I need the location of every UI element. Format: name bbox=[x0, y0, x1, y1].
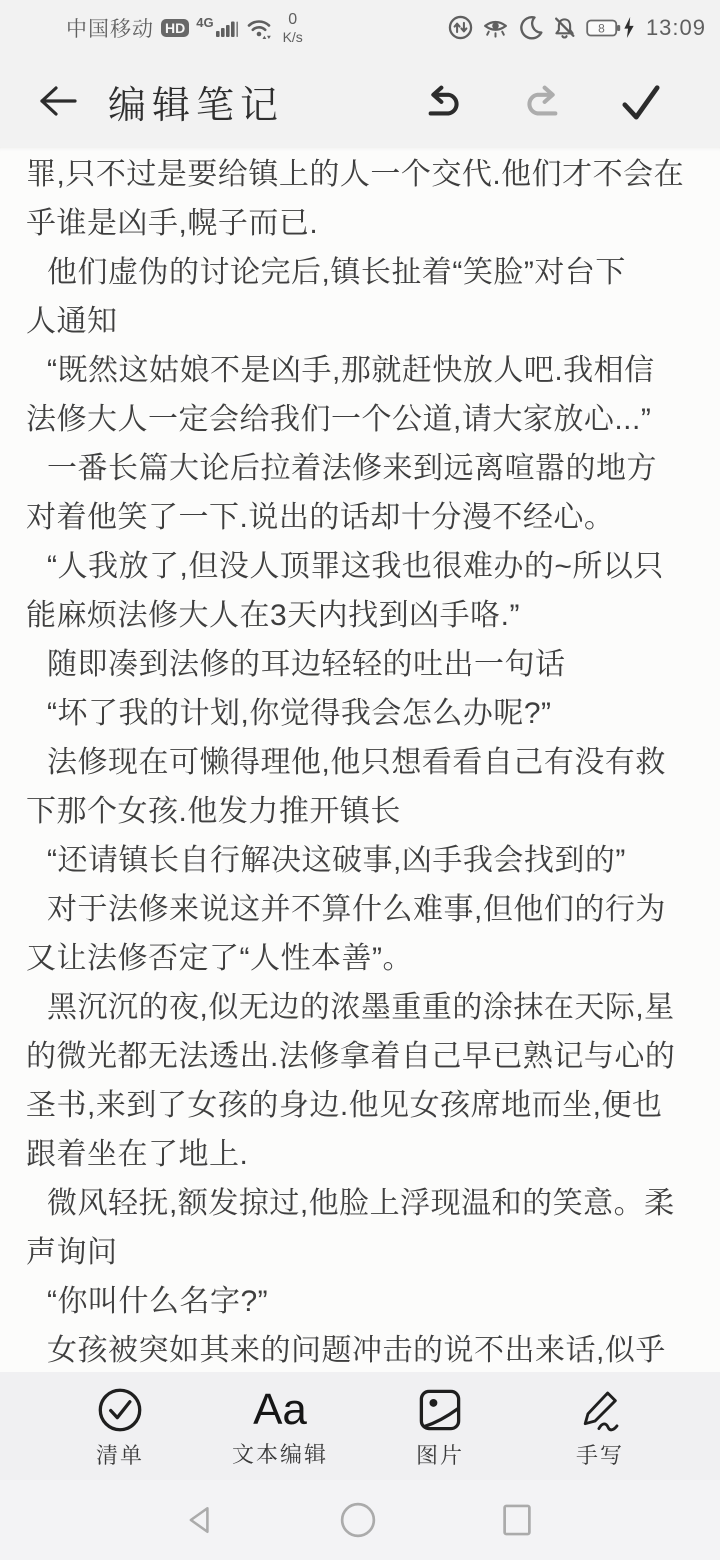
note-line: “既然这姑娘不是凶手,那就赶快放人吧.我相信 bbox=[0, 346, 720, 395]
note-line: 微风轻抚,额发掠过,他脸上浮现温和的笑意。柔 bbox=[0, 1179, 720, 1228]
text-edit-button[interactable]: Aa 文本编辑 bbox=[200, 1372, 360, 1480]
status-left: 中国移动 HD 4G bbox=[66, 12, 303, 44]
tool-label: 图片 bbox=[416, 1439, 464, 1470]
android-nav-bar bbox=[0, 1480, 720, 1560]
page-title: 编辑笔记 bbox=[108, 74, 284, 129]
clock-label: 13:09 bbox=[646, 15, 706, 41]
redo-button[interactable] bbox=[520, 85, 564, 117]
alarm-off-icon bbox=[552, 15, 577, 40]
note-line: “还请镇长自行解决这破事,凶手我会找到的” bbox=[0, 836, 720, 885]
image-icon bbox=[417, 1387, 463, 1433]
handwriting-button[interactable]: 手写 bbox=[520, 1372, 680, 1480]
data-saver-icon bbox=[448, 15, 473, 40]
tool-label: 清单 bbox=[96, 1439, 144, 1470]
note-line: 又让法修否定了“人性本善”。 bbox=[0, 934, 720, 983]
note-line: 的微光都无法透出.法修拿着自己早已熟记与心的 bbox=[0, 1032, 720, 1081]
note-line: 随即凑到法修的耳边轻轻的吐出一句话 bbox=[0, 640, 720, 689]
eye-comfort-icon bbox=[482, 16, 509, 40]
handwriting-icon bbox=[577, 1387, 623, 1433]
back-button[interactable] bbox=[38, 84, 78, 118]
undo-icon bbox=[422, 85, 466, 117]
note-line: 跟着坐在了地上. bbox=[0, 1130, 720, 1179]
note-line: 声询问 bbox=[0, 1228, 720, 1277]
undo-button[interactable] bbox=[422, 85, 466, 117]
status-right: 8 13:09 bbox=[448, 15, 706, 41]
note-line: 法修大人一定会给我们一个公道,请大家放心...” bbox=[0, 395, 720, 444]
image-button[interactable]: 图片 bbox=[360, 1372, 520, 1480]
note-line: 圣书,来到了女孩的身边.他见女孩席地而坐,便也 bbox=[0, 1081, 720, 1130]
nav-recents-button[interactable] bbox=[499, 1502, 535, 1538]
battery-indicator: 8 bbox=[586, 17, 635, 38]
night-mode-icon bbox=[518, 15, 543, 40]
note-line: 女孩被突如其来的问题冲击的说不出来话,似乎 bbox=[0, 1326, 720, 1372]
speed-value: 0 bbox=[288, 12, 297, 28]
tool-label: 文本编辑 bbox=[232, 1438, 328, 1469]
battery-icon: 8 bbox=[586, 18, 622, 38]
note-line: 能麻烦法修大人在3天内找到凶手咯.” bbox=[0, 591, 720, 640]
note-line: 罪,只不过是要给镇上的人一个交代.他们才不会在 bbox=[0, 150, 720, 199]
editor-toolbar: 清单 Aa 文本编辑 图片 手写 bbox=[0, 1372, 720, 1480]
note-line: “坏了我的计划,你觉得我会怎么办呢?” bbox=[0, 689, 720, 738]
note-line: 人通知 bbox=[0, 297, 720, 346]
network-indicator: 4G bbox=[196, 17, 238, 39]
note-line: 下那个女孩.他发力推开镇长 bbox=[0, 787, 720, 836]
tool-label: 手写 bbox=[576, 1439, 624, 1470]
header-actions bbox=[422, 82, 664, 120]
checkmark-icon bbox=[618, 82, 664, 120]
note-line: 他们虚伪的讨论完后,镇长扯着“笑脸”对台下 bbox=[0, 248, 720, 297]
nav-back-button[interactable] bbox=[185, 1504, 217, 1536]
note-line: 对着他笑了一下.说出的话却十分漫不经心。 bbox=[0, 493, 720, 542]
note-line: “人我放了,但没人顶罪这我也很难办的~所以只 bbox=[0, 542, 720, 591]
charging-bolt-icon bbox=[623, 17, 635, 38]
checklist-button[interactable]: 清单 bbox=[40, 1372, 200, 1480]
nav-home-button[interactable] bbox=[339, 1501, 377, 1539]
note-editor[interactable]: 罪,只不过是要给镇上的人一个交代.他们才不会在 乎谁是凶手,幌子而已. 他们虚伪… bbox=[0, 147, 720, 1372]
wifi-icon bbox=[246, 16, 272, 40]
svg-text:8: 8 bbox=[598, 21, 605, 35]
note-line: 法修现在可懒得理他,他只想看看自己有没有救 bbox=[0, 738, 720, 787]
note-line: 乎谁是凶手,幌子而已. bbox=[0, 199, 720, 248]
nav-recents-square-icon bbox=[499, 1502, 535, 1538]
note-line: “你叫什么名字?” bbox=[0, 1277, 720, 1326]
nav-home-circle-icon bbox=[339, 1501, 377, 1539]
carrier-label: 中国移动 bbox=[66, 13, 154, 43]
text-edit-icon: Aa bbox=[253, 1388, 307, 1432]
note-line: 黑沉沉的夜,似无边的浓墨重重的涂抹在天际,星 bbox=[0, 983, 720, 1032]
header: 编辑笔记 bbox=[0, 55, 720, 147]
signal-bars-icon bbox=[215, 17, 239, 39]
back-arrow-icon bbox=[38, 84, 78, 118]
checklist-icon bbox=[97, 1387, 143, 1433]
confirm-button[interactable] bbox=[618, 82, 664, 120]
speed-unit: K/s bbox=[283, 30, 303, 44]
network-type-label: 4G bbox=[196, 15, 213, 30]
redo-icon bbox=[520, 85, 564, 117]
status-bar: 中国移动 HD 4G bbox=[0, 0, 720, 55]
nav-back-triangle-icon bbox=[185, 1504, 217, 1536]
note-line: 对于法修来说这并不算什么难事,但他们的行为 bbox=[0, 885, 720, 934]
hd-badge: HD bbox=[161, 19, 189, 37]
note-line: 一番长篇大论后拉着法修来到远离喧嚣的地方 bbox=[0, 444, 720, 493]
network-speed: 0 K/s bbox=[283, 12, 303, 44]
